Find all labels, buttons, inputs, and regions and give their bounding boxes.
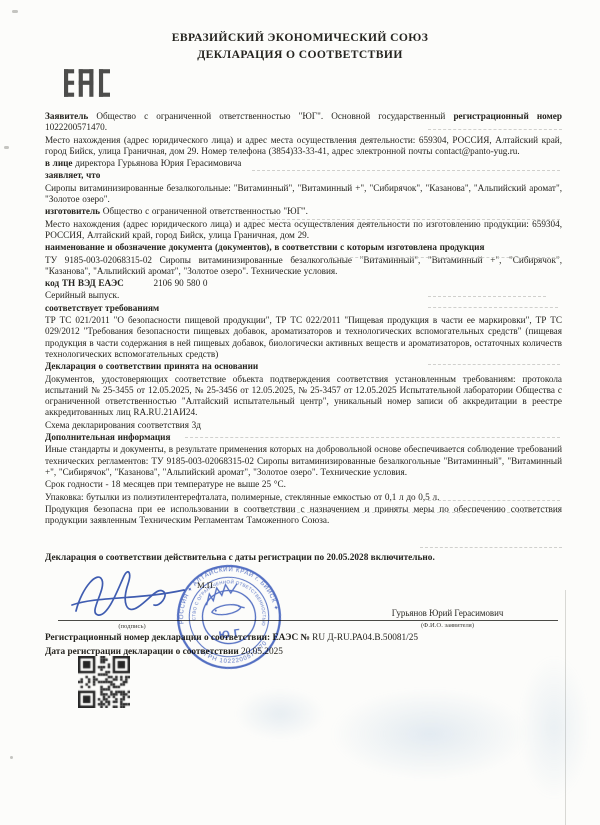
text-run: директора Гурьянова Юрия Герасимовича — [75, 158, 241, 168]
text-run: Общество с ограниченной ответственностью… — [96, 111, 453, 121]
scan-artifact-dash — [252, 219, 560, 220]
text-run: Заявитель — [45, 111, 96, 121]
text-run: Иные стандарты и документы, в результате… — [45, 444, 562, 477]
paragraph: наименование и обозначение документа (до… — [45, 242, 562, 253]
paragraph: Срок годности - 18 месяцев при температу… — [45, 479, 562, 490]
podpis-label: (подпись) — [93, 623, 171, 630]
paragraph: Схема декларирования соответствия 3д — [45, 420, 562, 431]
paragraph: в лице директора Гурьянова Юрия Герасимо… — [45, 158, 562, 169]
text-run: Документов, удостоверяющих соответствие … — [45, 374, 562, 418]
text-run: Упаковка: бутылки из полиэтилентерефтала… — [45, 492, 439, 502]
paragraph: Документов, удостоверяющих соответствие … — [45, 374, 562, 419]
text-run: Сиропы витаминизированные безалкогольные… — [45, 183, 562, 204]
paragraph: изготовитель Общество с ограниченной отв… — [45, 206, 562, 217]
text-run: 1022200571470. — [45, 122, 107, 132]
eac-mark-icon: ЕАС — [64, 54, 110, 112]
scan-artifact-dash — [428, 129, 562, 130]
registration-number-value: RU Д-RU.РА04.В.50081/25 — [312, 633, 418, 643]
scan-artifact-dash — [428, 296, 546, 297]
scan-artifact-dash — [330, 257, 560, 258]
ink-smudge — [518, 655, 590, 800]
paragraph: соответствует требованиям — [45, 303, 562, 314]
paragraph: Иные стандарты и документы, в результате… — [45, 444, 562, 478]
text-run: Место нахождения (адрес юридического лиц… — [45, 219, 562, 240]
text-run: код ТН ВЭД ЕАЭС — [45, 278, 124, 288]
text-run: Серийный выпуск. — [45, 290, 119, 300]
scan-artifact-dash — [262, 512, 560, 513]
company-stamp: РОССИЯ ✦ АЛТАЙСКИЙ КРАЙ г. БИЙСК ✦ ОГРН … — [168, 556, 290, 678]
text-run: изготовитель — [45, 206, 103, 216]
paragraph: Место нахождения (адрес юридического лиц… — [45, 135, 562, 158]
applicant-name: Гурьянов Юрий Герасимович — [350, 608, 545, 618]
qr-code — [78, 656, 130, 708]
ink-smudge — [330, 688, 530, 780]
text-run: наименование и обозначение документа (до… — [45, 242, 484, 252]
text-run: регистрационный номер — [453, 111, 562, 121]
text-run: Схема декларирования соответствия 3д — [45, 420, 201, 430]
text-run: Дополнительная информация — [45, 432, 170, 442]
text-run: ТР ТС 021/2011 "О безопасности пищевой п… — [45, 315, 562, 359]
document-body: Заявитель Общество с ограниченной ответс… — [45, 111, 562, 527]
text-run: в лице — [45, 158, 75, 168]
validity-statement: Декларация о соответствии действительна … — [45, 553, 562, 563]
text-run: 2106 90 580 0 — [124, 278, 208, 288]
text-run: Срок годности - 18 месяцев при температу… — [45, 479, 286, 489]
paragraph: Место нахождения (адрес юридического лиц… — [45, 219, 562, 242]
scan-artifact-dash — [420, 547, 562, 548]
fio-label: (Ф.И.О. заявителя) — [350, 622, 545, 629]
scan-artifact-dash — [252, 170, 560, 171]
paragraph: Декларация о соответствии принята на осн… — [45, 361, 562, 372]
scan-artifact-dash — [428, 307, 558, 308]
ink-smudge — [235, 688, 325, 740]
scan-speck — [10, 756, 13, 759]
text-run: заявляет, что — [45, 170, 100, 180]
stamp-center-text: ЮГ — [218, 627, 245, 642]
paragraph: Заявитель Общество с ограниченной ответс… — [45, 111, 562, 134]
paragraph: Упаковка: бутылки из полиэтилентерефтала… — [45, 492, 562, 503]
signature-line — [58, 620, 558, 621]
scan-speck — [12, 10, 18, 13]
scan-speck — [4, 146, 9, 149]
scan-artifact-dash — [428, 364, 560, 365]
paragraph: Сиропы витаминизированные безалкогольные… — [45, 183, 562, 206]
paragraph: Продукция безопасна при ее использовании… — [45, 504, 562, 527]
paragraph: заявляет, что — [45, 170, 562, 181]
document-title-line1: ЕВРАЗИЙСКИЙ ЭКОНОМИЧЕСКИЙ СОЮЗ — [0, 29, 600, 46]
text-run: Общество с ограниченной ответственностью… — [103, 206, 308, 216]
text-run: соответствует требованиям — [45, 303, 159, 313]
text-run: Продукция безопасна при ее использовании… — [45, 504, 562, 525]
text-run: Декларация о соответствии принята на осн… — [45, 361, 258, 371]
paragraph: ТР ТС 021/2011 "О безопасности пищевой п… — [45, 315, 562, 360]
scan-artifact-dash — [185, 437, 560, 438]
scanned-declaration-page: { "header": { "line1": "ЕВРАЗИЙСКИЙ ЭКОН… — [0, 0, 600, 825]
scan-artifact-dash — [428, 500, 560, 501]
paragraph: код ТН ВЭД ЕАЭС 2106 90 580 0 — [45, 278, 562, 289]
text-run: Место нахождения (адрес юридического лиц… — [45, 135, 562, 156]
